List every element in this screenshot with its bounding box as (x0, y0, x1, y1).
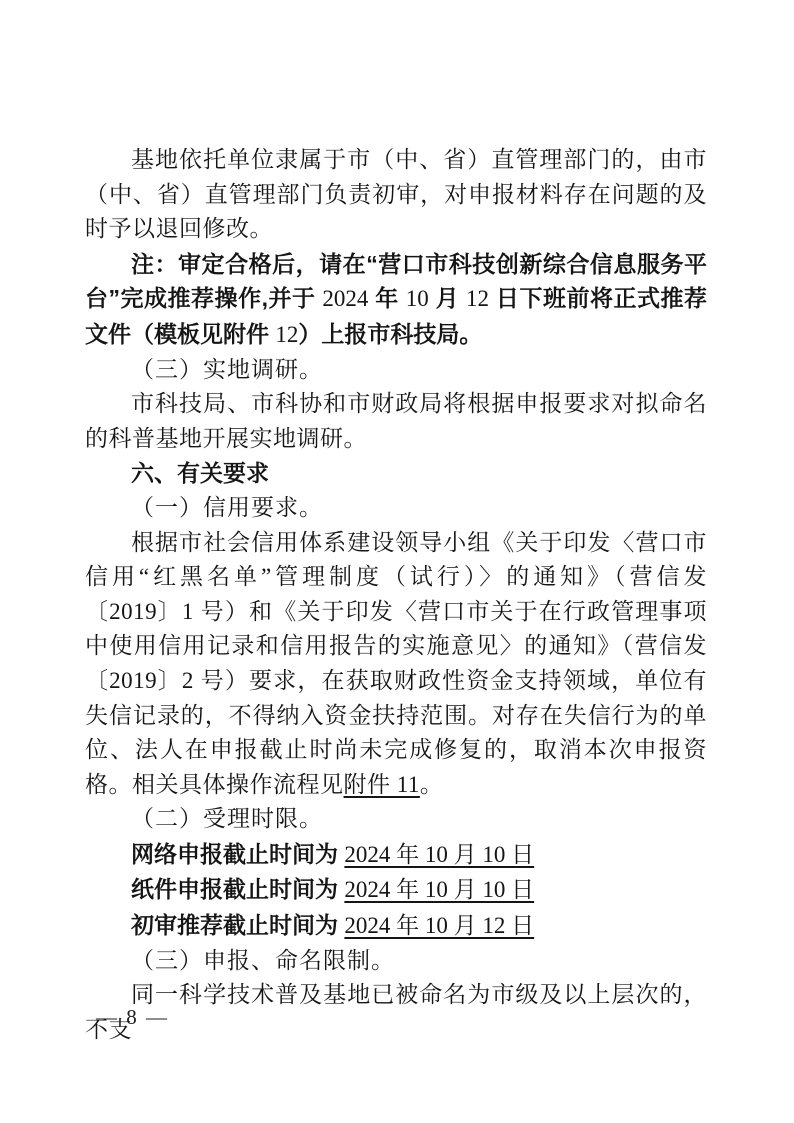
text-segment: （一）信用要求。 (131, 495, 323, 520)
deadline-date: 2024 年 10 月 10 日 (344, 842, 534, 867)
text-segment: （三）申报、命名限制。 (131, 948, 395, 973)
page-number: — 8 — (96, 1005, 169, 1030)
document-page: 基地依托单位隶属于市（中、省）直管理部门的，由市（中、省）直管理部门负责初审，对… (0, 0, 794, 1123)
text-segment: 12 (466, 286, 489, 311)
paragraph-sub: （一）信用要求。 (85, 491, 707, 526)
deadline-date: 2024 年 10 月 12 日 (344, 913, 534, 938)
paragraph-body: 基地依托单位隶属于市（中、省）直管理部门的，由市（中、省）直管理部门负责初审，对… (85, 143, 707, 247)
paragraph-deadline: 纸件申报截止时间为 2024 年 10 月 10 日 (85, 872, 707, 908)
paragraph-sub: （三）申报、命名限制。 (85, 944, 707, 979)
text-segment: 。 (420, 772, 444, 797)
text-segment: 同一科学技术普及基地已被命名为市级及以上层次的，不支 (85, 982, 707, 1042)
text-segment: ）上报市科技局。 (298, 321, 482, 347)
text-segment: （二）受理时限。 (131, 806, 323, 831)
text-segment: 六、有关要求 (131, 460, 269, 486)
text-segment: 10 (406, 286, 429, 311)
paragraph-sub: （二）受理时限。 (85, 802, 707, 837)
paragraph-deadline: 网络申报截止时间为 2024 年 10 月 10 日 (85, 837, 707, 873)
text-segment: 2024 (322, 286, 368, 311)
paragraph-body: 市科技局、市科协和市财政局将根据申报要求对拟命名的科普基地开展实地调研。 (85, 387, 707, 456)
text-segment: 纸件申报截止时间为 (131, 876, 344, 902)
text-segment: 年 (368, 285, 405, 311)
text-segment: （三）实地调研。 (131, 357, 323, 382)
text-segment: 月 (429, 285, 466, 311)
text-segment: 12 (275, 322, 298, 347)
document-text-block: 基地依托单位隶属于市（中、省）直管理部门的，由市（中、省）直管理部门负责初审，对… (85, 143, 707, 1047)
deadline-date: 2024 年 10 月 10 日 (344, 877, 534, 902)
attachment-reference: 附件 11 (344, 772, 420, 797)
paragraph-deadline: 初审推荐截止时间为 2024 年 10 月 12 日 (85, 908, 707, 944)
paragraph-body: 同一科学技术普及基地已被命名为市级及以上层次的，不支 (85, 978, 707, 1047)
paragraph-heading: 六、有关要求 (85, 456, 707, 491)
paragraph-note: 注：审定合格后，请在“营口市科技创新综合信息服务平台”完成推荐操作,并于 202… (85, 247, 707, 353)
text-segment: 网络申报截止时间为 (131, 841, 344, 867)
text-segment: 基地依托单位隶属于市（中、省）直管理部门的，由市（中、省）直管理部门负责初审，对… (85, 147, 707, 241)
text-segment: 市科技局、市科协和市财政局将根据申报要求对拟命名的科普基地开展实地调研。 (85, 391, 707, 451)
text-segment: 初审推荐截止时间为 (131, 912, 344, 938)
paragraph-sub: （三）实地调研。 (85, 353, 707, 388)
paragraph-body: 根据市社会信用体系建设领导小组《关于印发〈营口市信用“红黑名单”管理制度（试行）… (85, 526, 707, 803)
text-segment: 根据市社会信用体系建设领导小组《关于印发〈营口市信用“红黑名单”管理制度（试行）… (85, 530, 707, 797)
